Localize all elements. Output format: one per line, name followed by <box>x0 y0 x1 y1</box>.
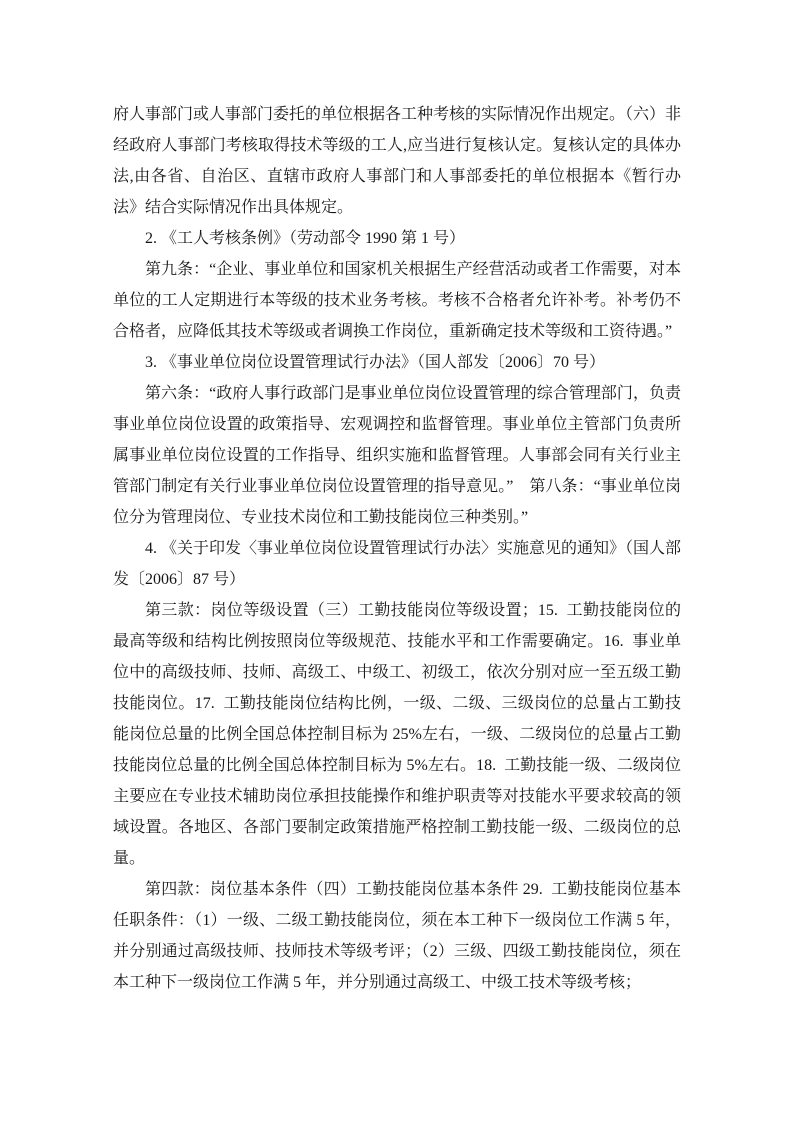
paragraph-item-4-title: 4. 《关于印发〈事业单位岗位设置管理试行办法〉实施意见的通知》（国人部发〔20… <box>113 533 681 595</box>
paragraph-article-9: 第九条：“企业、事业单位和国家机关根据生产经营活动或者工作需要，对本单位的工人定… <box>113 254 681 347</box>
paragraph-clause-3: 第三款：岗位等级设置（三）工勤技能岗位等级设置；15. 工勤技能岗位的最高等级和… <box>113 595 681 874</box>
paragraph-clause-4: 第四款：岗位基本条件（四）工勤技能岗位基本条件 29. 工勤技能岗位基本任职条件… <box>113 874 681 998</box>
paragraph-item-2-title: 2. 《工人考核条例》（劳动部令 1990 第 1 号） <box>113 223 681 254</box>
document-page: 府人事部门或人事部门委托的单位根据各工种考核的实际情况作出规定。（六）非经政府人… <box>0 0 793 1122</box>
paragraph-continuation: 府人事部门或人事部门委托的单位根据各工种考核的实际情况作出规定。（六）非经政府人… <box>113 99 681 223</box>
paragraph-item-3-title: 3. 《事业单位岗位设置管理试行办法》（国人部发〔2006〕70 号） <box>113 347 681 378</box>
paragraph-article-6-8: 第六条：“政府人事行政部门是事业单位岗位设置管理的综合管理部门，负责事业单位岗位… <box>113 378 681 533</box>
document-text-block: 府人事部门或人事部门委托的单位根据各工种考核的实际情况作出规定。（六）非经政府人… <box>113 99 681 998</box>
